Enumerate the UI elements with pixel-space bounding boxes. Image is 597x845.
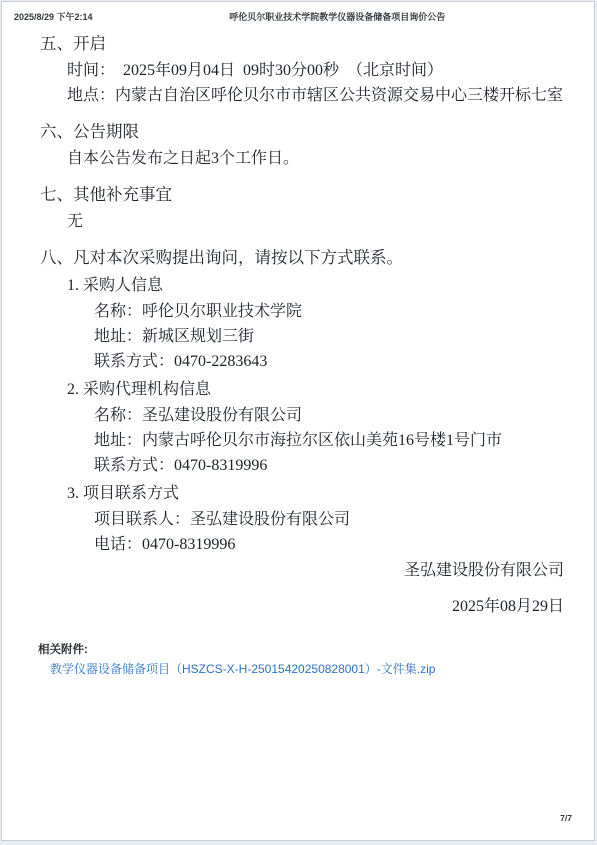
attachments-block: 相关附件: 教学仪器设备储备项目（HSZCS-X-H-2501542025082… bbox=[2, 643, 594, 678]
agency-info-title: 2. 采购代理机构信息 bbox=[67, 380, 564, 400]
signature-date: 2025年08月29日 bbox=[40, 597, 564, 617]
section-heading-5: 五、开启 bbox=[40, 34, 564, 54]
document-title: 呼伦贝尔职业技术学院教学仪器设备储备项目询价公告 bbox=[229, 12, 445, 22]
purchaser-info-title: 1. 采购人信息 bbox=[67, 276, 564, 296]
signature-company: 圣弘建设股份有限公司 bbox=[40, 561, 564, 581]
purchaser-address: 地址：新城区规划三街 bbox=[94, 327, 564, 347]
section-heading-6: 六、公告期限 bbox=[40, 122, 564, 142]
project-contact-phone: 电话：0470-8319996 bbox=[94, 535, 564, 555]
agency-address: 地址：内蒙古呼伦贝尔市海拉尔区依山美苑16号楼1号门市 bbox=[94, 431, 564, 451]
print-header: 2025/8/29 下午2:14 呼伦贝尔职业技术学院教学仪器设备储备项目询价公… bbox=[2, 2, 594, 24]
announcement-period-line: 自本公告发布之日起3个工作日。 bbox=[67, 149, 564, 169]
open-location-line: 地点：内蒙古自治区呼伦贝尔市市辖区公共资源交易中心三楼开标七室 bbox=[67, 86, 564, 106]
document-body: 五、开启 时间： 2025年09月04日 09时30分00秒 （北京时间） 地点… bbox=[2, 34, 594, 617]
project-contact-person: 项目联系人：圣弘建设股份有限公司 bbox=[94, 510, 564, 530]
print-timestamp: 2025/8/29 下午2:14 bbox=[14, 11, 93, 24]
section-heading-7: 七、其他补充事宜 bbox=[40, 185, 564, 205]
page-number: 7/7 bbox=[560, 813, 572, 823]
open-time-line: 时间： 2025年09月04日 09时30分00秒 （北京时间） bbox=[67, 61, 564, 81]
signature-block: 圣弘建设股份有限公司 2025年08月29日 bbox=[40, 561, 564, 617]
other-matters-line: 无 bbox=[67, 212, 564, 232]
project-contact-title: 3. 项目联系方式 bbox=[67, 484, 564, 504]
purchaser-contact: 联系方式：0470-2283643 bbox=[94, 352, 564, 372]
agency-name: 名称：圣弘建设股份有限公司 bbox=[94, 406, 564, 426]
section-heading-8: 八、凡对本次采购提出询问，请按以下方式联系。 bbox=[40, 248, 564, 268]
document-page: 2025/8/29 下午2:14 呼伦贝尔职业技术学院教学仪器设备储备项目询价公… bbox=[1, 1, 595, 841]
purchaser-name: 名称：呼伦贝尔职业技术学院 bbox=[94, 302, 564, 322]
agency-contact: 联系方式：0470-8319996 bbox=[94, 456, 564, 476]
attachments-label: 相关附件: bbox=[38, 643, 594, 658]
attachment-zip-link[interactable]: 教学仪器设备储备项目（HSZCS-X-H-25015420250828001）-… bbox=[50, 661, 435, 677]
